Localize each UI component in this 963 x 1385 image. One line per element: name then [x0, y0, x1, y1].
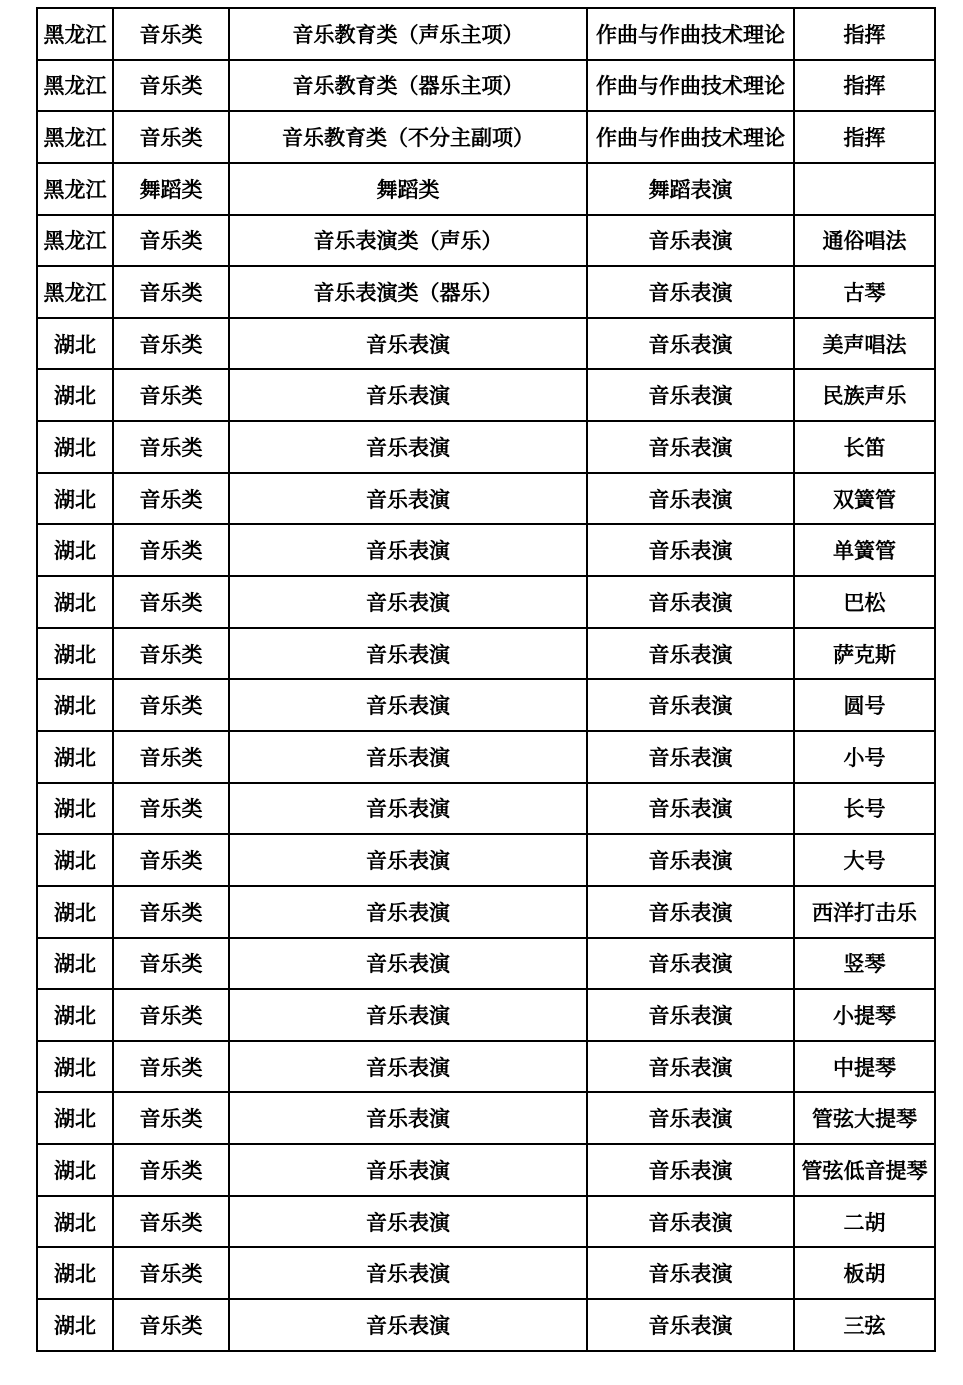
cell-province: 湖北 — [37, 834, 113, 886]
cell-subcategory: 音乐表演 — [229, 1092, 587, 1144]
table-row: 湖北 音乐类 音乐表演 音乐表演 美声唱法 — [37, 318, 935, 370]
cell-province: 湖北 — [37, 1041, 113, 1093]
cell-category: 音乐类 — [113, 938, 229, 990]
table-row: 黑龙江 音乐类 音乐教育类（不分主副项） 作曲与作曲技术理论 指挥 — [37, 111, 935, 163]
cell-subcategory: 音乐表演 — [229, 989, 587, 1041]
cell-province: 黑龙江 — [37, 163, 113, 215]
cell-province: 湖北 — [37, 628, 113, 680]
cell-province: 黑龙江 — [37, 111, 113, 163]
cell-category: 音乐类 — [113, 576, 229, 628]
cell-major: 音乐表演 — [587, 576, 794, 628]
cell-major: 音乐表演 — [587, 318, 794, 370]
cell-direction: 小提琴 — [794, 989, 935, 1041]
cell-major: 音乐表演 — [587, 473, 794, 525]
cell-major: 音乐表演 — [587, 628, 794, 680]
cell-province: 黑龙江 — [37, 60, 113, 112]
cell-direction: 管弦低音提琴 — [794, 1144, 935, 1196]
cell-category: 音乐类 — [113, 1299, 229, 1351]
table-row: 黑龙江 音乐类 音乐教育类（器乐主项） 作曲与作曲技术理论 指挥 — [37, 60, 935, 112]
cell-direction: 长号 — [794, 783, 935, 835]
cell-subcategory: 音乐表演 — [229, 1247, 587, 1299]
cell-direction: 板胡 — [794, 1247, 935, 1299]
cell-direction: 二胡 — [794, 1196, 935, 1248]
table-row: 湖北 音乐类 音乐表演 音乐表演 管弦低音提琴 — [37, 1144, 935, 1196]
table-row: 湖北 音乐类 音乐表演 音乐表演 单簧管 — [37, 524, 935, 576]
cell-province: 黑龙江 — [37, 266, 113, 318]
cell-major: 作曲与作曲技术理论 — [587, 111, 794, 163]
cell-category: 音乐类 — [113, 473, 229, 525]
document-page: 黑龙江 音乐类 音乐教育类（声乐主项） 作曲与作曲技术理论 指挥 黑龙江 音乐类… — [0, 0, 963, 1385]
table-row: 湖北 音乐类 音乐表演 音乐表演 小号 — [37, 731, 935, 783]
cell-direction: 通俗唱法 — [794, 215, 935, 267]
cell-major: 音乐表演 — [587, 731, 794, 783]
cell-subcategory: 音乐表演 — [229, 783, 587, 835]
cell-subcategory: 音乐表演类（器乐） — [229, 266, 587, 318]
cell-direction: 美声唱法 — [794, 318, 935, 370]
cell-category: 音乐类 — [113, 989, 229, 1041]
cell-category: 音乐类 — [113, 783, 229, 835]
cell-province: 湖北 — [37, 524, 113, 576]
cell-subcategory: 音乐表演 — [229, 679, 587, 731]
cell-direction: 中提琴 — [794, 1041, 935, 1093]
table-row: 黑龙江 音乐类 音乐表演类（声乐） 音乐表演 通俗唱法 — [37, 215, 935, 267]
cell-province: 湖北 — [37, 369, 113, 421]
cell-category: 音乐类 — [113, 266, 229, 318]
cell-subcategory: 音乐表演 — [229, 576, 587, 628]
table-row: 湖北 音乐类 音乐表演 音乐表演 三弦 — [37, 1299, 935, 1351]
cell-subcategory: 音乐表演 — [229, 886, 587, 938]
cell-province: 湖北 — [37, 473, 113, 525]
cell-direction: 萨克斯 — [794, 628, 935, 680]
cell-major: 音乐表演 — [587, 1196, 794, 1248]
cell-category: 音乐类 — [113, 60, 229, 112]
cell-category: 音乐类 — [113, 834, 229, 886]
cell-direction: 长笛 — [794, 421, 935, 473]
cell-direction: 指挥 — [794, 111, 935, 163]
cell-direction: 大号 — [794, 834, 935, 886]
cell-subcategory: 音乐表演 — [229, 369, 587, 421]
cell-major: 音乐表演 — [587, 421, 794, 473]
cell-direction: 小号 — [794, 731, 935, 783]
cell-province: 湖北 — [37, 1196, 113, 1248]
cell-subcategory: 舞蹈类 — [229, 163, 587, 215]
table-row: 湖北 音乐类 音乐表演 音乐表演 大号 — [37, 834, 935, 886]
cell-subcategory: 音乐表演 — [229, 731, 587, 783]
cell-category: 舞蹈类 — [113, 163, 229, 215]
cell-province: 湖北 — [37, 1092, 113, 1144]
cell-major: 音乐表演 — [587, 1041, 794, 1093]
table-row: 黑龙江 音乐类 音乐教育类（声乐主项） 作曲与作曲技术理论 指挥 — [37, 8, 935, 60]
cell-category: 音乐类 — [113, 8, 229, 60]
cell-category: 音乐类 — [113, 215, 229, 267]
cell-category: 音乐类 — [113, 1092, 229, 1144]
table-row: 湖北 音乐类 音乐表演 音乐表演 民族声乐 — [37, 369, 935, 421]
cell-category: 音乐类 — [113, 731, 229, 783]
cell-category: 音乐类 — [113, 886, 229, 938]
cell-subcategory: 音乐表演 — [229, 473, 587, 525]
table-row: 黑龙江 音乐类 音乐表演类（器乐） 音乐表演 古琴 — [37, 266, 935, 318]
cell-subcategory: 音乐表演 — [229, 938, 587, 990]
cell-major: 音乐表演 — [587, 679, 794, 731]
cell-subcategory: 音乐表演 — [229, 628, 587, 680]
cell-province: 黑龙江 — [37, 8, 113, 60]
cell-direction: 指挥 — [794, 60, 935, 112]
cell-province: 湖北 — [37, 1247, 113, 1299]
table-row: 黑龙江 舞蹈类 舞蹈类 舞蹈表演 — [37, 163, 935, 215]
table-row: 湖北 音乐类 音乐表演 音乐表演 二胡 — [37, 1196, 935, 1248]
province-major-table: 黑龙江 音乐类 音乐教育类（声乐主项） 作曲与作曲技术理论 指挥 黑龙江 音乐类… — [36, 7, 936, 1352]
cell-subcategory: 音乐教育类（声乐主项） — [229, 8, 587, 60]
cell-category: 音乐类 — [113, 679, 229, 731]
table-row: 湖北 音乐类 音乐表演 音乐表演 长号 — [37, 783, 935, 835]
cell-province: 湖北 — [37, 783, 113, 835]
table-row: 湖北 音乐类 音乐表演 音乐表演 双簧管 — [37, 473, 935, 525]
cell-subcategory: 音乐表演 — [229, 1299, 587, 1351]
cell-province: 湖北 — [37, 576, 113, 628]
cell-province: 黑龙江 — [37, 215, 113, 267]
cell-category: 音乐类 — [113, 1144, 229, 1196]
cell-direction: 巴松 — [794, 576, 935, 628]
cell-direction: 古琴 — [794, 266, 935, 318]
cell-major: 音乐表演 — [587, 886, 794, 938]
cell-direction: 管弦大提琴 — [794, 1092, 935, 1144]
table-row: 湖北 音乐类 音乐表演 音乐表演 巴松 — [37, 576, 935, 628]
cell-province: 湖北 — [37, 318, 113, 370]
cell-major: 音乐表演 — [587, 834, 794, 886]
cell-major: 音乐表演 — [587, 266, 794, 318]
cell-major: 音乐表演 — [587, 938, 794, 990]
cell-category: 音乐类 — [113, 628, 229, 680]
cell-subcategory: 音乐表演 — [229, 524, 587, 576]
cell-province: 湖北 — [37, 421, 113, 473]
cell-category: 音乐类 — [113, 111, 229, 163]
table-row: 湖北 音乐类 音乐表演 音乐表演 西洋打击乐 — [37, 886, 935, 938]
cell-province: 湖北 — [37, 989, 113, 1041]
cell-major: 舞蹈表演 — [587, 163, 794, 215]
cell-province: 湖北 — [37, 938, 113, 990]
table-row: 湖北 音乐类 音乐表演 音乐表演 萨克斯 — [37, 628, 935, 680]
cell-major: 音乐表演 — [587, 215, 794, 267]
cell-subcategory: 音乐表演 — [229, 421, 587, 473]
cell-major: 音乐表演 — [587, 1144, 794, 1196]
cell-province: 湖北 — [37, 1299, 113, 1351]
cell-subcategory: 音乐表演类（声乐） — [229, 215, 587, 267]
cell-major: 音乐表演 — [587, 524, 794, 576]
cell-direction: 竖琴 — [794, 938, 935, 990]
cell-major: 作曲与作曲技术理论 — [587, 8, 794, 60]
cell-direction: 民族声乐 — [794, 369, 935, 421]
cell-subcategory: 音乐教育类（不分主副项） — [229, 111, 587, 163]
cell-direction — [794, 163, 935, 215]
cell-major: 作曲与作曲技术理论 — [587, 60, 794, 112]
cell-major: 音乐表演 — [587, 369, 794, 421]
cell-category: 音乐类 — [113, 1196, 229, 1248]
cell-subcategory: 音乐表演 — [229, 1196, 587, 1248]
cell-major: 音乐表演 — [587, 1092, 794, 1144]
cell-category: 音乐类 — [113, 524, 229, 576]
cell-direction: 双簧管 — [794, 473, 935, 525]
cell-subcategory: 音乐表演 — [229, 1144, 587, 1196]
table-body: 黑龙江 音乐类 音乐教育类（声乐主项） 作曲与作曲技术理论 指挥 黑龙江 音乐类… — [37, 8, 935, 1351]
table-row: 湖北 音乐类 音乐表演 音乐表演 板胡 — [37, 1247, 935, 1299]
cell-direction: 西洋打击乐 — [794, 886, 935, 938]
cell-province: 湖北 — [37, 731, 113, 783]
cell-direction: 单簧管 — [794, 524, 935, 576]
cell-major: 音乐表演 — [587, 989, 794, 1041]
cell-major: 音乐表演 — [587, 1247, 794, 1299]
cell-province: 湖北 — [37, 886, 113, 938]
table-row: 湖北 音乐类 音乐表演 音乐表演 圆号 — [37, 679, 935, 731]
table-row: 湖北 音乐类 音乐表演 音乐表演 小提琴 — [37, 989, 935, 1041]
cell-province: 湖北 — [37, 1144, 113, 1196]
table-row: 湖北 音乐类 音乐表演 音乐表演 中提琴 — [37, 1041, 935, 1093]
cell-major: 音乐表演 — [587, 783, 794, 835]
cell-category: 音乐类 — [113, 1041, 229, 1093]
table-row: 湖北 音乐类 音乐表演 音乐表演 管弦大提琴 — [37, 1092, 935, 1144]
cell-direction: 三弦 — [794, 1299, 935, 1351]
cell-subcategory: 音乐表演 — [229, 318, 587, 370]
cell-subcategory: 音乐表演 — [229, 834, 587, 886]
cell-category: 音乐类 — [113, 369, 229, 421]
cell-province: 湖北 — [37, 679, 113, 731]
table-row: 湖北 音乐类 音乐表演 音乐表演 竖琴 — [37, 938, 935, 990]
cell-subcategory: 音乐表演 — [229, 1041, 587, 1093]
cell-category: 音乐类 — [113, 421, 229, 473]
cell-direction: 圆号 — [794, 679, 935, 731]
cell-category: 音乐类 — [113, 1247, 229, 1299]
table-row: 湖北 音乐类 音乐表演 音乐表演 长笛 — [37, 421, 935, 473]
cell-category: 音乐类 — [113, 318, 229, 370]
cell-major: 音乐表演 — [587, 1299, 794, 1351]
cell-direction: 指挥 — [794, 8, 935, 60]
cell-subcategory: 音乐教育类（器乐主项） — [229, 60, 587, 112]
